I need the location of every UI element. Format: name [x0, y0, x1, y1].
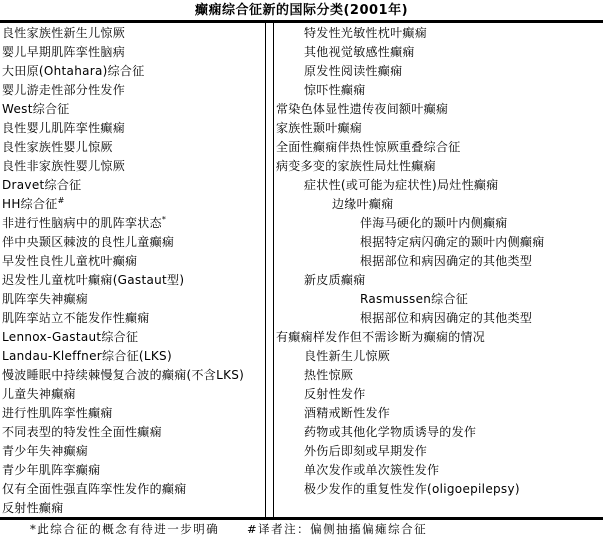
classification-item: 反射性癫痫 — [2, 499, 264, 518]
classification-item: 特发性光敏性枕叶癫痫 — [276, 24, 601, 43]
classification-item: 根据特定病闪确定的颞叶内侧癫痫 — [276, 233, 601, 252]
item-text: 其他视觉敏感性癫痫 — [304, 45, 415, 59]
item-text: 根据部位和病因确定的其他类型 — [360, 254, 532, 268]
classification-item: 热性惊厥 — [276, 366, 601, 385]
footnote-mark: * — [162, 215, 166, 224]
item-text: 良性新生儿惊厥 — [304, 349, 390, 363]
classification-item: 肌阵挛失神癫痫 — [2, 290, 264, 309]
item-text: 肌阵挛站立不能发作性癫痫 — [2, 311, 150, 325]
item-text: 热性惊厥 — [304, 368, 353, 382]
item-text: 病变多变的家族性局灶性癫痫 — [276, 159, 436, 173]
classification-item: 根据部位和病因确定的其他类型 — [276, 252, 601, 271]
classification-item: 症状性(或可能为症状性)局灶性癫痫 — [276, 176, 601, 195]
classification-item: Landau-Kleffner综合征(LKS) — [2, 347, 264, 366]
classification-item: 迟发性儿童枕叶癫痫(Gastaut型) — [2, 271, 264, 290]
column-divider-left — [265, 23, 266, 517]
item-text: 迟发性儿童枕叶癫痫(Gastaut型) — [2, 273, 184, 287]
classification-item: 酒精戒断性发作 — [276, 404, 601, 423]
classification-item: Dravet综合征 — [2, 176, 264, 195]
classification-item: 伴中央颞区棘波的良性儿童癫痫 — [2, 233, 264, 252]
classification-item: 全面性癫痫伴热性惊厥重叠综合征 — [276, 138, 601, 157]
item-text: HH综合征 — [2, 197, 58, 211]
classification-item: 原发性阅读性癫痫 — [276, 62, 601, 81]
item-text: 肌阵挛失神癫痫 — [2, 292, 88, 306]
item-text: 青少年失神癫痫 — [2, 444, 88, 458]
item-text: 全面性癫痫伴热性惊厥重叠综合征 — [276, 140, 461, 154]
item-text: 慢波睡眠中持续棘慢复合波的癫痫(不含LKS) — [2, 368, 244, 382]
classification-item: 边缘叶癫痫 — [276, 195, 601, 214]
classification-item: 惊吓性癫痫 — [276, 81, 601, 100]
footnote-mark: # — [58, 196, 65, 205]
item-text: 不同表型的特发性全面性癫痫 — [2, 425, 162, 439]
item-text: 早发性良性儿童枕叶癫痫 — [2, 254, 137, 268]
item-text: Dravet综合征 — [2, 178, 81, 192]
item-text: 单次发作或单次簇性发作 — [304, 463, 439, 477]
item-text: Rasmussen综合征 — [360, 292, 468, 306]
classification-item: 青少年失神癫痫 — [2, 442, 264, 461]
classification-item: 非进行性脑病中的肌阵挛状态* — [2, 214, 264, 233]
classification-item: 伴海马硬化的颞叶内侧癫痫 — [276, 214, 601, 233]
classification-item: 家族性颞叶癫痫 — [276, 119, 601, 138]
classification-item: 外伤后即刻或早期发作 — [276, 442, 601, 461]
item-text: 惊吓性癫痫 — [304, 83, 366, 97]
item-text: 极少发作的重复性发作(oligoepilepsy) — [304, 482, 520, 496]
item-text: 伴中央颞区棘波的良性儿童癫痫 — [2, 235, 174, 249]
item-text: 外伤后即刻或早期发作 — [304, 444, 427, 458]
item-text: 根据部位和病因确定的其他类型 — [360, 311, 532, 325]
left-column: 良性家族性新生儿惊厥婴儿早期肌阵挛性脑病大田原(Ohtahara)综合征婴儿游走… — [2, 24, 264, 518]
item-text: 边缘叶癫痫 — [332, 197, 394, 211]
classification-item: 常染色体显性遗传夜间额叶癫痫 — [276, 100, 601, 119]
item-text: 伴海马硬化的颞叶内侧癫痫 — [360, 216, 508, 230]
classification-item: 早发性良性儿童枕叶癫痫 — [2, 252, 264, 271]
item-text: Landau-Kleffner综合征(LKS) — [2, 349, 172, 363]
classification-item: 单次发作或单次簇性发作 — [276, 461, 601, 480]
column-divider-right — [273, 23, 274, 517]
item-text: West综合征 — [2, 102, 70, 116]
classification-item: Rasmussen综合征 — [276, 290, 601, 309]
classification-item: 良性新生儿惊厥 — [276, 347, 601, 366]
right-column: 特发性光敏性枕叶癫痫其他视觉敏感性癫痫原发性阅读性癫痫惊吓性癫痫常染色体显性遗传… — [276, 24, 601, 499]
classification-item: 病变多变的家族性局灶性癫痫 — [276, 157, 601, 176]
item-text: 非进行性脑病中的肌阵挛状态 — [2, 216, 162, 230]
item-text: Lennox-Gastaut综合征 — [2, 330, 138, 344]
item-text: 仅有全面性强直阵挛性发作的癫痫 — [2, 482, 187, 496]
classification-item: 儿童失神癫痫 — [2, 385, 264, 404]
item-text: 良性家族性新生儿惊厥 — [2, 26, 125, 40]
footnote-hash: #译者注：偏侧抽搐偏瘫综合征 — [247, 520, 427, 538]
item-text: 良性非家族性婴儿惊厥 — [2, 159, 125, 173]
item-text: 反射性癫痫 — [2, 501, 64, 515]
classification-item: 新皮质癫痫 — [276, 271, 601, 290]
item-text: 症状性(或可能为症状性)局灶性癫痫 — [304, 178, 498, 192]
classification-item: 有癫痫样发作但不需诊断为癫痫的情况 — [276, 328, 601, 347]
classification-item: 药物或其他化学物质诱导的发作 — [276, 423, 601, 442]
classification-item: 良性家族性新生儿惊厥 — [2, 24, 264, 43]
item-text: 进行性肌阵挛性癫痫 — [2, 406, 113, 420]
footnotes: *此综合征的概念有待进一步明确 #译者注：偏侧抽搐偏瘫综合征 — [0, 520, 603, 538]
item-text: 常染色体显性遗传夜间额叶癫痫 — [276, 102, 448, 116]
item-text: 良性婴儿肌阵挛性癫痫 — [2, 121, 125, 135]
item-text: 婴儿早期肌阵挛性脑病 — [2, 45, 125, 59]
item-text: 婴儿游走性部分性发作 — [2, 83, 125, 97]
classification-item: HH综合征# — [2, 195, 264, 214]
classification-item: 反射性发作 — [276, 385, 601, 404]
classification-item: 慢波睡眠中持续棘慢复合波的癫痫(不含LKS) — [2, 366, 264, 385]
classification-item: 良性非家族性婴儿惊厥 — [2, 157, 264, 176]
classification-item: 不同表型的特发性全面性癫痫 — [2, 423, 264, 442]
classification-item: 其他视觉敏感性癫痫 — [276, 43, 601, 62]
classification-item: 仅有全面性强直阵挛性发作的癫痫 — [2, 480, 264, 499]
item-text: 特发性光敏性枕叶癫痫 — [304, 26, 427, 40]
item-text: 有癫痫样发作但不需诊断为癫痫的情况 — [276, 330, 485, 344]
item-text: 儿童失神癫痫 — [2, 387, 76, 401]
table-title: 癫痫综合征新的国际分类(2001年) — [0, 2, 603, 19]
item-text: 新皮质癫痫 — [304, 273, 366, 287]
classification-item: 大田原(Ohtahara)综合征 — [2, 62, 264, 81]
item-text: 青少年肌阵挛癫痫 — [2, 463, 100, 477]
classification-item: 良性家族性婴儿惊厥 — [2, 138, 264, 157]
item-text: 原发性阅读性癫痫 — [304, 64, 402, 78]
classification-item: 青少年肌阵挛癫痫 — [2, 461, 264, 480]
classification-item: 良性婴儿肌阵挛性癫痫 — [2, 119, 264, 138]
classification-item: 婴儿游走性部分性发作 — [2, 81, 264, 100]
item-text: 药物或其他化学物质诱导的发作 — [304, 425, 476, 439]
item-text: 根据特定病闪确定的颞叶内侧癫痫 — [360, 235, 545, 249]
classification-item: 根据部位和病因确定的其他类型 — [276, 309, 601, 328]
classification-item: West综合征 — [2, 100, 264, 119]
classification-item: 肌阵挛站立不能发作性癫痫 — [2, 309, 264, 328]
item-text: 大田原(Ohtahara)综合征 — [2, 64, 145, 78]
item-text: 良性家族性婴儿惊厥 — [2, 140, 113, 154]
item-text: 反射性发作 — [304, 387, 366, 401]
item-text: 酒精戒断性发作 — [304, 406, 390, 420]
classification-item: 进行性肌阵挛性癫痫 — [2, 404, 264, 423]
top-rule — [0, 20, 603, 23]
item-text: 家族性颞叶癫痫 — [276, 121, 362, 135]
classification-item: Lennox-Gastaut综合征 — [2, 328, 264, 347]
footnote-asterisk: *此综合征的概念有待进一步明确 — [30, 520, 219, 538]
classification-item: 婴儿早期肌阵挛性脑病 — [2, 43, 264, 62]
classification-item: 极少发作的重复性发作(oligoepilepsy) — [276, 480, 601, 499]
